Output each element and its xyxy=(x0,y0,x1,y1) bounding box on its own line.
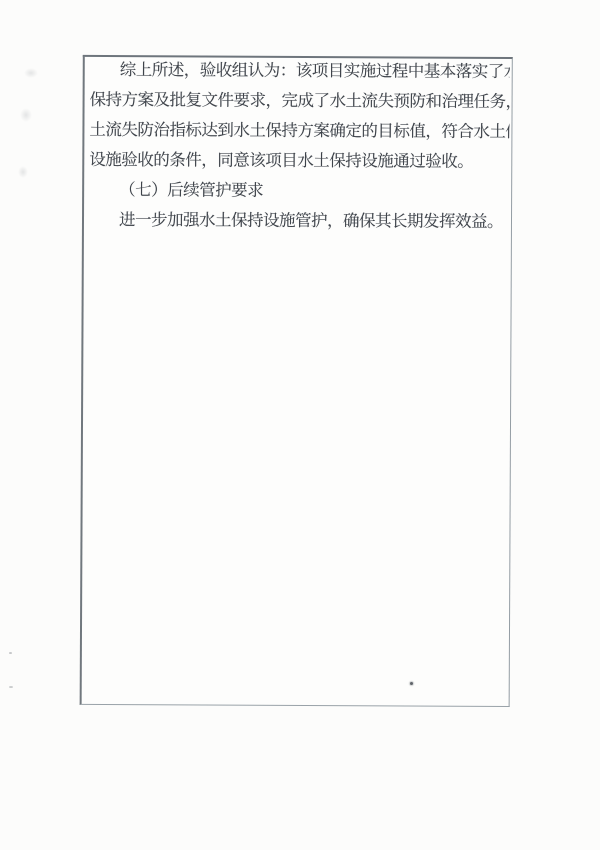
ink-speck xyxy=(410,682,413,685)
text-line: 保持方案及批复文件要求，完成了水土流失预防和治理任务，水 xyxy=(90,85,510,117)
scan-skew-wrapper: 综上所述，验收组认为：该项目实施过程中基本落实了水土 保持方案及批复文件要求，完… xyxy=(0,0,600,850)
document-page: 综上所述，验收组认为：该项目实施过程中基本落实了水土 保持方案及批复文件要求，完… xyxy=(0,0,600,850)
text-line: 综上所述，验收组认为：该项目实施过程中基本落实了水土 xyxy=(90,55,510,87)
text-line: 设施验收的条件，同意该项目水土保持设施通过验收。 xyxy=(89,145,509,177)
scan-smudge xyxy=(24,68,38,78)
document-text-block: 综上所述，验收组认为：该项目实施过程中基本落实了水土 保持方案及批复文件要求，完… xyxy=(89,55,510,237)
scan-speck xyxy=(9,686,13,688)
text-line: （七）后续管护要求 xyxy=(89,175,509,207)
text-line: 土流失防治指标达到水土保持方案确定的目标值，符合水土保持 xyxy=(89,115,509,147)
scan-speck xyxy=(9,652,12,654)
scan-smudge xyxy=(20,108,32,122)
scan-smudge xyxy=(18,166,28,178)
text-line: 进一步加强水土保持设施管护，确保其长期发挥效益。 xyxy=(89,205,509,237)
document-text-box: 综上所述，验收组认为：该项目实施过程中基本落实了水土 保持方案及批复文件要求，完… xyxy=(80,55,513,707)
